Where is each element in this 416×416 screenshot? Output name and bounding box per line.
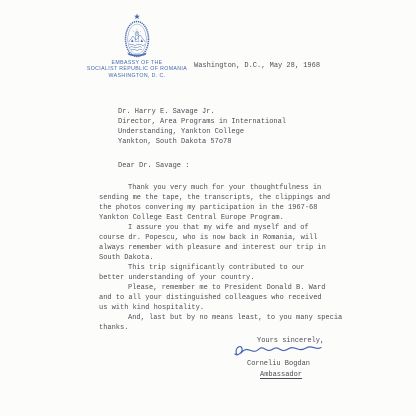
star-icon [134, 14, 140, 20]
salutation: Dear Dr. Savage : [118, 162, 189, 170]
body-line: and to all your distinguished colleagues… [99, 293, 359, 303]
letterhead-line: WASHINGTON, D. C. [80, 73, 194, 79]
handwritten-signature [226, 342, 326, 360]
body-line: the photos convering my participation in… [99, 203, 359, 213]
body-line: us with kind hospitality. [99, 303, 359, 313]
body-line: sending me the tape, the transcripts, th… [99, 193, 359, 203]
body-line: This trip significantly contributed to o… [99, 263, 359, 273]
signer-name: Corneliu Bogdan [247, 360, 310, 368]
body-line: And, last but by no means least, to you … [99, 313, 359, 323]
address-line: Director, Area Programs in International [118, 117, 286, 127]
address-line: Understanding, Yankton College [118, 127, 286, 137]
body-line: always remember with pleasure and intere… [99, 243, 359, 253]
body-line: thanks. [99, 323, 359, 333]
body-line: Please, remember me to President Donald … [99, 283, 359, 293]
letter-body: Thank you very much for your thoughtfuln… [99, 183, 359, 333]
paragraph: This trip significantly contributed to o… [99, 263, 359, 283]
date-line: Washington, D.C., May 28, 1968 [194, 62, 320, 70]
paragraph: I assure you that my wife and myself and… [99, 223, 359, 263]
body-line: I assure you that my wife and myself and… [99, 223, 359, 233]
paragraph: Thank you very much for your thoughtfuln… [99, 183, 359, 223]
letterhead-line: SOCIALIST REPUBLIC OF ROMANIA [80, 66, 194, 72]
recipient-address: Dr. Harry E. Savage Jr.Director, Area Pr… [118, 107, 286, 147]
address-line: Dr. Harry E. Savage Jr. [118, 107, 286, 117]
paragraph: Please, remember me to President Donald … [99, 283, 359, 313]
body-line: Thank you very much for your thoughtfuln… [99, 183, 359, 193]
paragraph: And, last but by no means least, to you … [99, 313, 359, 333]
romania-coat-of-arms-emblem [121, 13, 153, 59]
letter-page: EMBASSY OF THESOCIALIST REPUBLIC OF ROMA… [0, 0, 416, 416]
signer-title: Ambassador [260, 371, 302, 379]
letterhead: EMBASSY OF THESOCIALIST REPUBLIC OF ROMA… [80, 13, 194, 79]
body-line: Yankton College East Central Europe Prog… [99, 213, 359, 223]
address-line: Yankton, South Dakota 57o78 [118, 137, 286, 147]
body-line: course dr. Popescu, who is now back in R… [99, 233, 359, 243]
body-line: better understanding of your country. [99, 273, 359, 283]
letterhead-text: EMBASSY OF THESOCIALIST REPUBLIC OF ROMA… [80, 60, 194, 79]
body-line: South Dakota. [99, 253, 359, 263]
